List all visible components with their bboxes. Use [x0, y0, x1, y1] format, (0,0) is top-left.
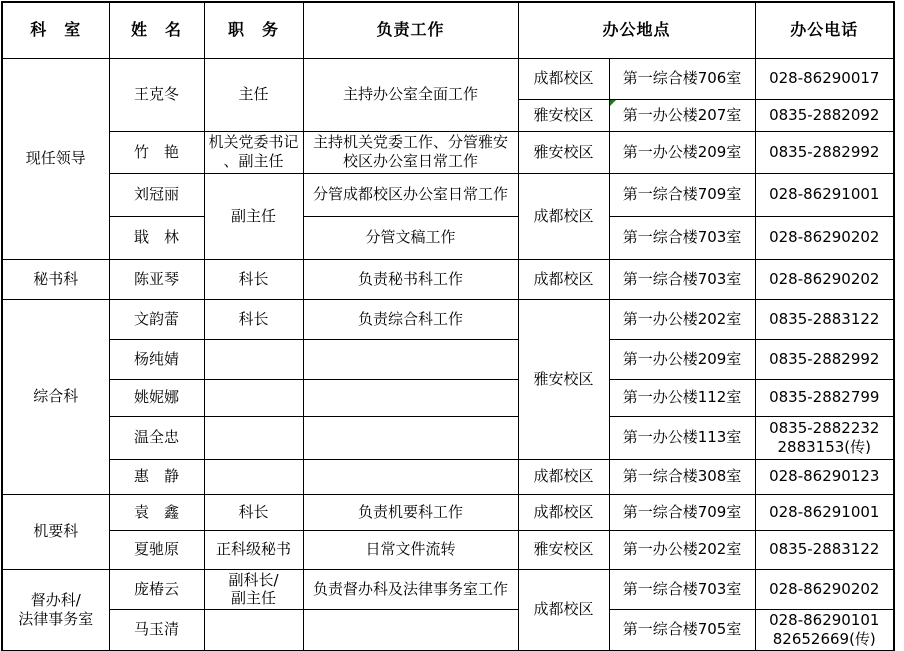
name-cell: 袁 鑫: [109, 494, 204, 530]
duty-cell: 分管成都校区办公室日常工作: [303, 173, 518, 216]
header-location: 办公地点: [518, 2, 755, 58]
table-row: 杨纯婧 第一办公楼209室 0835-2882992: [2, 339, 894, 379]
position-cell: 科长: [204, 259, 303, 299]
building-cell: 第一办公楼112室: [609, 379, 755, 416]
name-cell: 姚妮娜: [109, 379, 204, 416]
table-row: 马玉清 第一综合楼705室 028-86290101 82652669(传): [2, 610, 894, 651]
campus-cell: 成都校区: [518, 494, 609, 530]
position-cell: [204, 379, 303, 416]
building-cell: 第一综合楼703室: [609, 569, 755, 610]
phone-cell: 0835-2882992: [755, 131, 894, 173]
phone-cell: 0835-2882092: [755, 99, 894, 131]
position-cell: 主任: [204, 58, 303, 131]
department-cell-confidential: 机要科: [2, 494, 109, 569]
building-cell: 第一办公楼207室: [609, 99, 755, 131]
position-cell: [204, 459, 303, 494]
name-cell: 文韵蕾: [109, 299, 204, 339]
name-cell: 夏驰原: [109, 530, 204, 569]
campus-cell: 雅安校区: [518, 131, 609, 173]
table-row: 刘冠丽 副主任 分管成都校区办公室日常工作 成都校区 第一综合楼709室 028…: [2, 173, 894, 216]
position-cell: [204, 339, 303, 379]
duty-cell: [303, 416, 518, 459]
campus-cell: 雅安校区: [518, 99, 609, 131]
name-cell: 戢 林: [109, 216, 204, 259]
duty-cell: [303, 610, 518, 651]
campus-cell: 成都校区: [518, 569, 609, 651]
duty-cell: 主持办公室全面工作: [303, 58, 518, 131]
position-cell: 机关党委书记 、副主任: [204, 131, 303, 173]
campus-cell: 成都校区: [518, 173, 609, 259]
duty-cell: [303, 459, 518, 494]
department-cell-leadership: 现任领导: [2, 58, 109, 259]
position-cell: 副主任: [204, 173, 303, 259]
name-cell: 刘冠丽: [109, 173, 204, 216]
table-row: 综合科 文韵蕾 科长 负责综合科工作 雅安校区 第一办公楼202室 0835-2…: [2, 299, 894, 339]
name-cell: 王克冬: [109, 58, 204, 131]
phone-cell: 0835-2882232 2883153(传): [755, 416, 894, 459]
duty-cell: [303, 339, 518, 379]
building-cell: 第一综合楼709室: [609, 494, 755, 530]
name-cell: 温全忠: [109, 416, 204, 459]
phone-cell: 028-86290101 82652669(传): [755, 610, 894, 651]
name-cell: 杨纯婧: [109, 339, 204, 379]
position-cell: 科长: [204, 494, 303, 530]
position-cell: 科长: [204, 299, 303, 339]
phone-cell: 028-86290017: [755, 58, 894, 99]
building-cell: 第一办公楼209室: [609, 131, 755, 173]
staff-directory-table: 科 室 姓 名 职 务 负责工作 办公地点 办公电话 现任领导 王克冬 主任 主…: [1, 1, 895, 651]
position-cell: 副科长/ 副主任: [204, 569, 303, 610]
department-cell-supervision: 督办科/ 法律事务室: [2, 569, 109, 651]
phone-cell: 0835-2882799: [755, 379, 894, 416]
building-cell: 第一综合楼705室: [609, 610, 755, 651]
phone-cell: 0835-2882992: [755, 339, 894, 379]
duty-cell: 日常文件流转: [303, 530, 518, 569]
header-position: 职 务: [204, 2, 303, 58]
name-cell: 庞椿云: [109, 569, 204, 610]
building-cell: 第一综合楼308室: [609, 459, 755, 494]
campus-cell: 成都校区: [518, 459, 609, 494]
header-duty: 负责工作: [303, 2, 518, 58]
duty-cell: 负责督办科及法律事务室工作: [303, 569, 518, 610]
building-text: 第一办公楼207室: [623, 106, 742, 124]
building-cell: 第一办公楼209室: [609, 339, 755, 379]
department-cell-general: 综合科: [2, 299, 109, 494]
table-row: 惠 静 成都校区 第一综合楼308室 028-86290123: [2, 459, 894, 494]
phone-cell: 028-86291001: [755, 173, 894, 216]
table-row: 督办科/ 法律事务室 庞椿云 副科长/ 副主任 负责督办科及法律事务室工作 成都…: [2, 569, 894, 610]
name-cell: 惠 静: [109, 459, 204, 494]
table-row: 戢 林 分管文稿工作 第一综合楼703室 028-86290202: [2, 216, 894, 259]
building-cell: 第一办公楼202室: [609, 299, 755, 339]
table-row: 温全忠 第一办公楼113室 0835-2882232 2883153(传): [2, 416, 894, 459]
phone-cell: 0835-2883122: [755, 530, 894, 569]
header-department: 科 室: [2, 2, 109, 58]
table-row: 机要科 袁 鑫 科长 负责机要科工作 成都校区 第一综合楼709室 028-86…: [2, 494, 894, 530]
campus-cell: 成都校区: [518, 259, 609, 299]
table-row: 夏驰原 正科级秘书 日常文件流转 雅安校区 第一办公楼202室 0835-288…: [2, 530, 894, 569]
phone-cell: 028-86290123: [755, 459, 894, 494]
duty-cell: 分管文稿工作: [303, 216, 518, 259]
position-cell: [204, 610, 303, 651]
building-cell: 第一综合楼706室: [609, 58, 755, 99]
department-cell-secretary: 秘书科: [2, 259, 109, 299]
position-cell: [204, 416, 303, 459]
header-phone: 办公电话: [755, 2, 894, 58]
phone-cell: 028-86290202: [755, 259, 894, 299]
name-cell: 马玉清: [109, 610, 204, 651]
phone-cell: 0835-2883122: [755, 299, 894, 339]
duty-cell: 负责秘书科工作: [303, 259, 518, 299]
building-cell: 第一办公楼202室: [609, 530, 755, 569]
phone-cell: 028-86290202: [755, 216, 894, 259]
header-name: 姓 名: [109, 2, 204, 58]
campus-cell: 成都校区: [518, 58, 609, 99]
building-cell: 第一办公楼113室: [609, 416, 755, 459]
campus-cell: 雅安校区: [518, 299, 609, 459]
building-cell: 第一综合楼709室: [609, 173, 755, 216]
building-cell: 第一综合楼703室: [609, 216, 755, 259]
position-cell: 正科级秘书: [204, 530, 303, 569]
duty-cell: [303, 379, 518, 416]
phone-cell: 028-86291001: [755, 494, 894, 530]
table-row: 竹 艳 机关党委书记 、副主任 主持机关党委工作、分管雅安校区办公室日常工作 雅…: [2, 131, 894, 173]
table-row: 秘书科 陈亚琴 科长 负责秘书科工作 成都校区 第一综合楼703室 028-86…: [2, 259, 894, 299]
name-cell: 陈亚琴: [109, 259, 204, 299]
cell-error-indicator-triangle-icon: [610, 100, 616, 106]
table-row: 现任领导 王克冬 主任 主持办公室全面工作 成都校区 第一综合楼706室 028…: [2, 58, 894, 99]
duty-cell: 主持机关党委工作、分管雅安校区办公室日常工作: [303, 131, 518, 173]
phone-cell: 028-86290202: [755, 569, 894, 610]
campus-cell: 雅安校区: [518, 530, 609, 569]
building-cell: 第一综合楼703室: [609, 259, 755, 299]
table-row: 姚妮娜 第一办公楼112室 0835-2882799: [2, 379, 894, 416]
duty-cell: 负责综合科工作: [303, 299, 518, 339]
duty-cell: 负责机要科工作: [303, 494, 518, 530]
name-cell: 竹 艳: [109, 131, 204, 173]
header-row: 科 室 姓 名 职 务 负责工作 办公地点 办公电话: [2, 2, 894, 58]
